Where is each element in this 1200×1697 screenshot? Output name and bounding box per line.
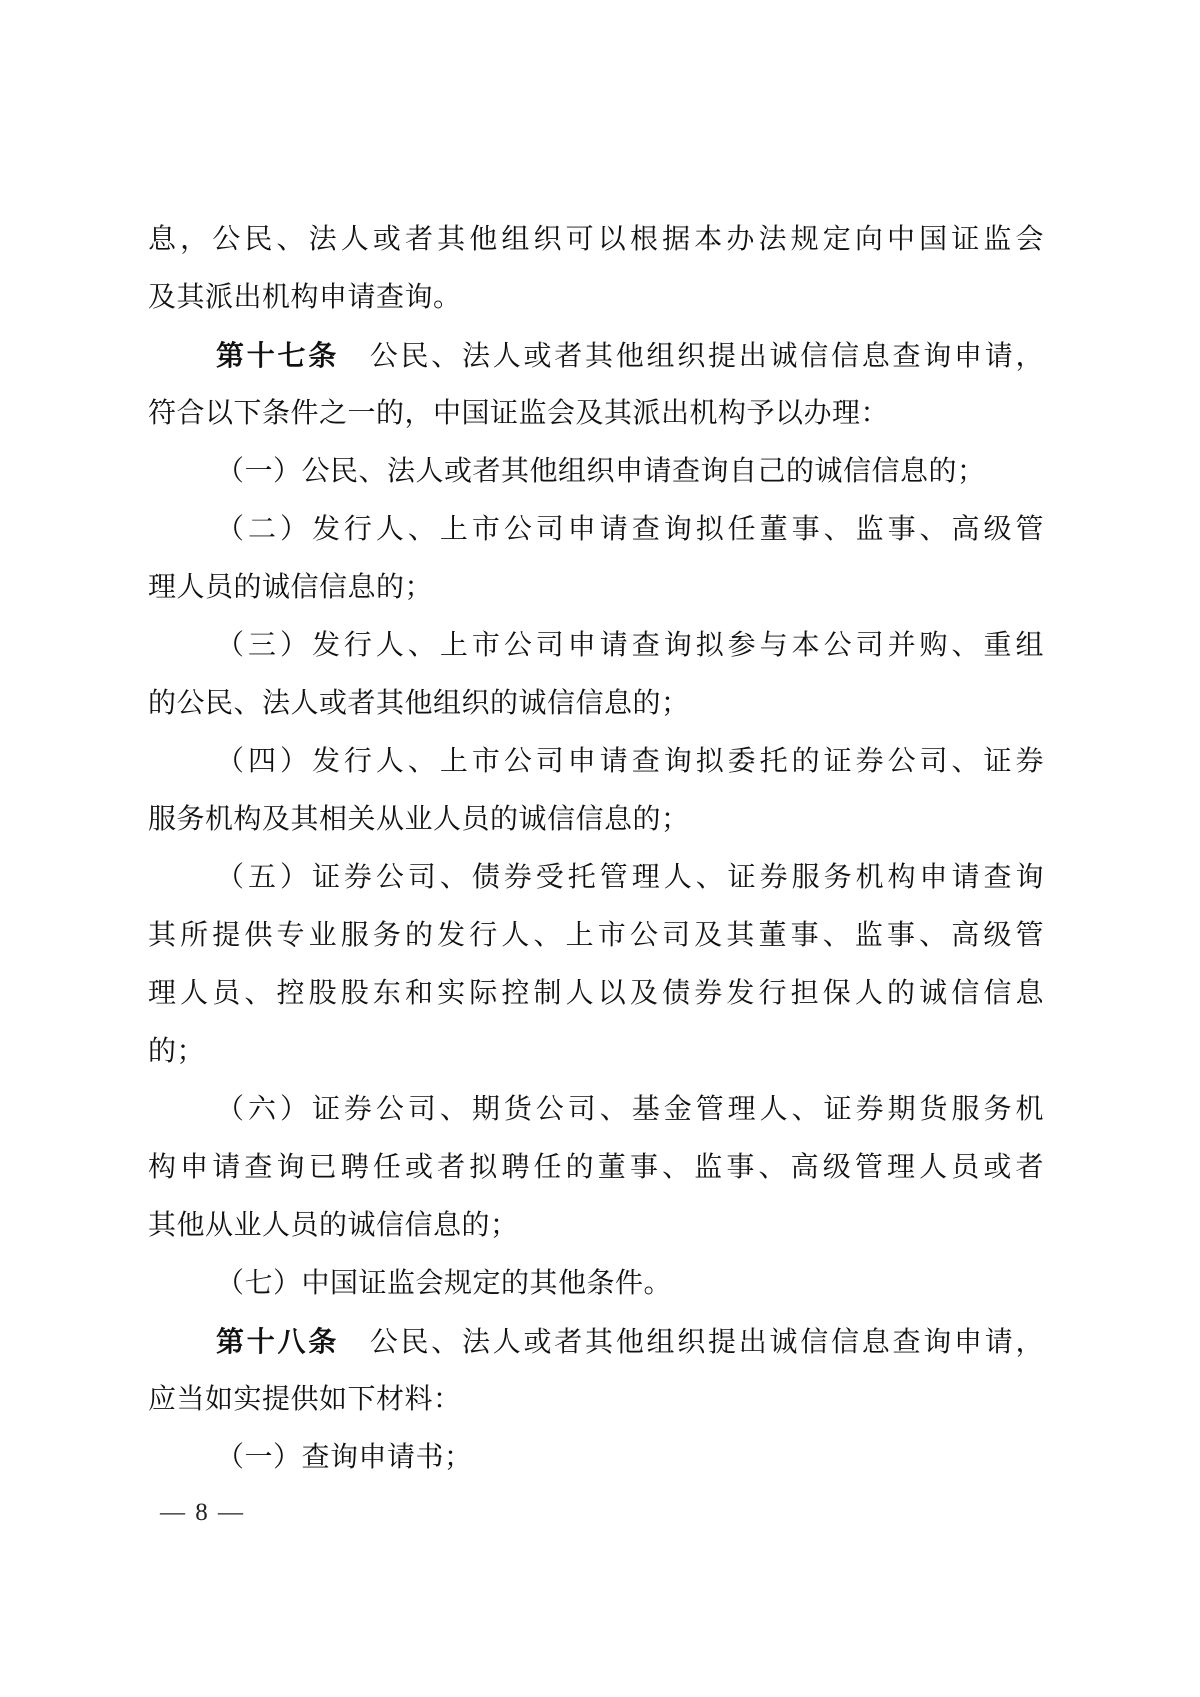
document-body: 息，公民、法人或者其他组织可以根据本办法规定向中国证监会及其派出机构申请查询。第… xyxy=(148,211,1044,1487)
text-line: （一）公民、法人或者其他组织申请查询自己的诚信信息的； xyxy=(148,443,1044,501)
text-line: 及其派出机构申请查询。 xyxy=(148,269,1044,327)
line-text: （四）发行人、上市公司申请查询拟委托的证券公司、证券 xyxy=(216,746,1044,777)
text-line: 符合以下条件之一的，中国证监会及其派出机构予以办理： xyxy=(148,385,1044,443)
line-text: （七）中国证监会规定的其他条件。 xyxy=(216,1268,672,1299)
line-text: （三）发行人、上市公司申请查询拟参与本公司并购、重组 xyxy=(216,630,1044,661)
text-line: （三）发行人、上市公司申请查询拟参与本公司并购、重组 xyxy=(148,617,1044,675)
line-text: （五）证券公司、债券受托管理人、证券服务机构申请查询 xyxy=(216,862,1044,893)
text-line: 第十七条 公民、法人或者其他组织提出诚信信息查询申请， xyxy=(148,327,1044,385)
line-text: 公民、法人或者其他组织提出诚信信息查询申请， xyxy=(339,1327,1044,1358)
document-page: 息，公民、法人或者其他组织可以根据本办法规定向中国证监会及其派出机构申请查询。第… xyxy=(0,0,1200,1697)
text-line: 的公民、法人或者其他组织的诚信信息的； xyxy=(148,675,1044,733)
line-text: 公民、法人或者其他组织提出诚信信息查询申请， xyxy=(339,341,1044,372)
text-line: 第十八条 公民、法人或者其他组织提出诚信信息查询申请， xyxy=(148,1313,1044,1371)
line-text: 理人员、控股股东和实际控制人以及债券发行担保人的诚信信息 xyxy=(148,978,1044,1009)
text-line: （一）查询申请书； xyxy=(148,1429,1044,1487)
line-text: 符合以下条件之一的，中国证监会及其派出机构予以办理： xyxy=(148,398,889,429)
text-line: 其他从业人员的诚信信息的； xyxy=(148,1197,1044,1255)
page-number: — 8 — xyxy=(160,1499,245,1526)
text-line: 服务机构及其相关从业人员的诚信信息的； xyxy=(148,791,1044,849)
text-line: （四）发行人、上市公司申请查询拟委托的证券公司、证券 xyxy=(148,733,1044,791)
line-text: 应当如实提供如下材料： xyxy=(148,1384,462,1415)
text-line: （五）证券公司、债券受托管理人、证券服务机构申请查询 xyxy=(148,849,1044,907)
text-line: 其所提供专业服务的发行人、上市公司及其董事、监事、高级管 xyxy=(148,907,1044,965)
text-line: （七）中国证监会规定的其他条件。 xyxy=(148,1255,1044,1313)
line-text: 及其派出机构申请查询。 xyxy=(148,282,462,313)
text-line: 理人员、控股股东和实际控制人以及债券发行担保人的诚信信息 xyxy=(148,965,1044,1023)
line-text: 的公民、法人或者其他组织的诚信信息的； xyxy=(148,688,690,719)
text-line: 应当如实提供如下材料： xyxy=(148,1371,1044,1429)
line-text: （二）发行人、上市公司申请查询拟任董事、监事、高级管 xyxy=(216,514,1044,545)
line-text: （六）证券公司、期货公司、基金管理人、证券期货服务机 xyxy=(216,1094,1044,1125)
line-text: 息，公民、法人或者其他组织可以根据本办法规定向中国证监会 xyxy=(148,224,1044,255)
text-line: （六）证券公司、期货公司、基金管理人、证券期货服务机 xyxy=(148,1081,1044,1139)
line-text: （一）查询申请书； xyxy=(216,1442,473,1473)
article-number: 第十七条 xyxy=(216,340,339,371)
page-footer: — 8 — xyxy=(160,1496,245,1530)
text-line: 的； xyxy=(148,1023,1044,1081)
text-line: （二）发行人、上市公司申请查询拟任董事、监事、高级管 xyxy=(148,501,1044,559)
line-text: 的； xyxy=(148,1036,205,1067)
text-line: 构申请查询已聘任或者拟聘任的董事、监事、高级管理人员或者 xyxy=(148,1139,1044,1197)
line-text: （一）公民、法人或者其他组织申请查询自己的诚信信息的； xyxy=(216,456,986,487)
line-text: 服务机构及其相关从业人员的诚信信息的； xyxy=(148,804,690,835)
text-line: 息，公民、法人或者其他组织可以根据本办法规定向中国证监会 xyxy=(148,211,1044,269)
text-line: 理人员的诚信信息的； xyxy=(148,559,1044,617)
line-text: 理人员的诚信信息的； xyxy=(148,572,433,603)
line-text: 其所提供专业服务的发行人、上市公司及其董事、监事、高级管 xyxy=(148,920,1044,951)
line-text: 构申请查询已聘任或者拟聘任的董事、监事、高级管理人员或者 xyxy=(148,1152,1044,1183)
line-text: 其他从业人员的诚信信息的； xyxy=(148,1210,519,1241)
article-number: 第十八条 xyxy=(216,1326,339,1357)
